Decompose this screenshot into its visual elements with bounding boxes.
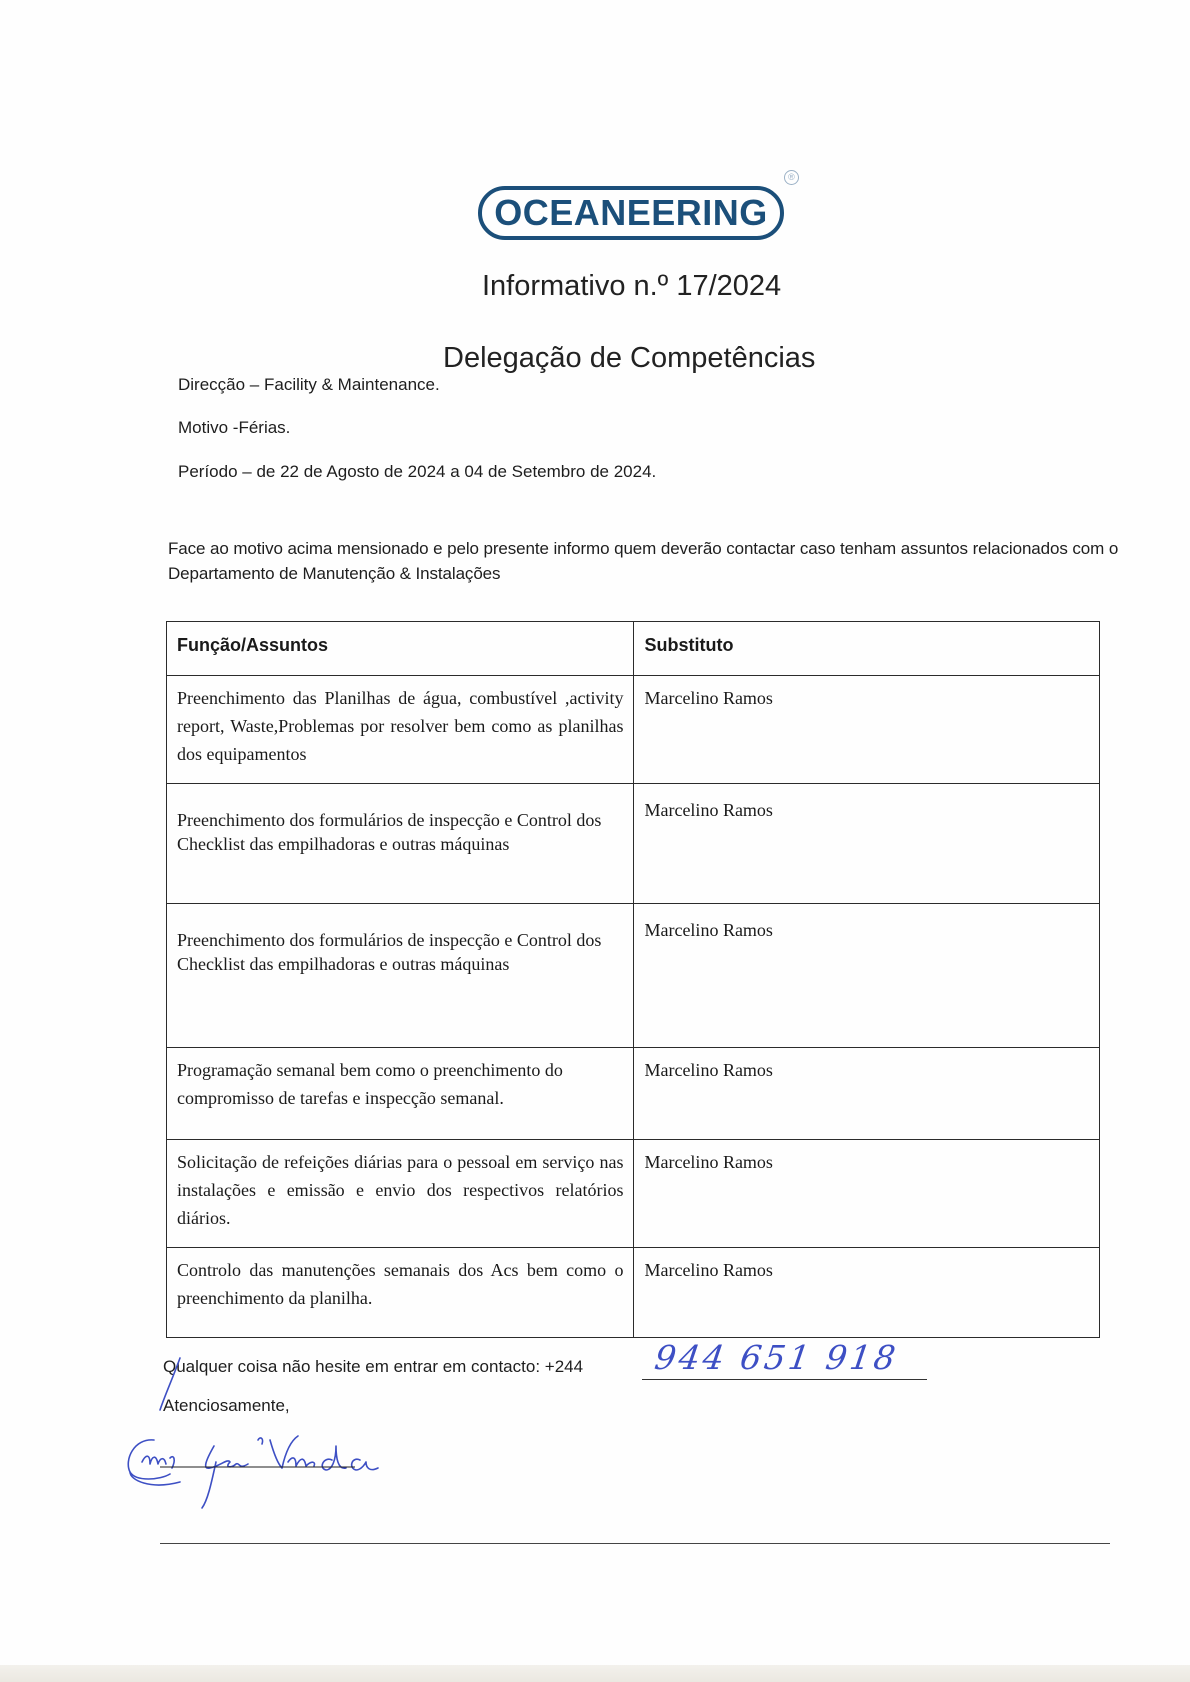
table-row: Solicitação de refeições diárias para o …	[167, 1140, 1100, 1248]
substituto-cell: Marcelino Ramos	[634, 1140, 1100, 1248]
substituto-cell: Marcelino Ramos	[634, 1048, 1100, 1140]
scan-edge	[0, 1665, 1190, 1682]
table-row: Controlo das manutenções semanais dos Ac…	[167, 1248, 1100, 1338]
registered-trademark-icon: ®	[784, 170, 799, 185]
substituto-cell: Marcelino Ramos	[634, 904, 1100, 1048]
phone-underline	[642, 1379, 927, 1380]
direccao-line: Direcção – Facility & Maintenance.	[178, 375, 440, 395]
motivo-line: Motivo -Férias.	[178, 418, 290, 438]
signature-icon	[120, 1350, 420, 1510]
header-substituto: Substituto	[634, 622, 1100, 676]
table-header-row: Função/Assuntos Substituto	[167, 622, 1100, 676]
funcao-cell: Preenchimento dos formulários de inspecç…	[167, 784, 634, 904]
document-title: Delegação de Competências	[443, 342, 815, 375]
document-page: OCEANEERING ® Informativo n.º 17/2024 De…	[0, 0, 1190, 1682]
header-funcao: Função/Assuntos	[167, 622, 634, 676]
handwritten-phone-number: 944 651 918	[652, 1338, 900, 1377]
funcao-cell: Programação semanal bem como o preenchim…	[167, 1048, 634, 1140]
table-row: Preenchimento dos formulários de inspecç…	[167, 904, 1100, 1048]
funcao-cell: Controlo das manutenções semanais dos Ac…	[167, 1248, 634, 1338]
periodo-line: Período – de 22 de Agosto de 2024 a 04 d…	[178, 462, 656, 482]
intro-paragraph: Face ao motivo acima mensionado e pelo p…	[168, 536, 1128, 586]
logo-text: OCEANEERING	[494, 192, 768, 234]
funcao-cell: Preenchimento dos formulários de inspecç…	[167, 904, 634, 1048]
substituto-cell: Marcelino Ramos	[634, 1248, 1100, 1338]
table-row: Preenchimento das Planilhas de água, com…	[167, 676, 1100, 784]
table-row: Preenchimento dos formulários de inspecç…	[167, 784, 1100, 904]
table-row: Programação semanal bem como o preenchim…	[167, 1048, 1100, 1140]
informativo-number: Informativo n.º 17/2024	[482, 270, 781, 303]
substituto-cell: Marcelino Ramos	[634, 784, 1100, 904]
delegation-table: Função/Assuntos Substituto Preenchimento…	[166, 621, 1100, 1338]
oceaneering-logo: OCEANEERING	[478, 186, 784, 240]
funcao-cell: Preenchimento das Planilhas de água, com…	[167, 676, 634, 784]
substituto-cell: Marcelino Ramos	[634, 676, 1100, 784]
funcao-cell: Solicitação de refeições diárias para o …	[167, 1140, 634, 1248]
bottom-divider	[160, 1543, 1110, 1544]
